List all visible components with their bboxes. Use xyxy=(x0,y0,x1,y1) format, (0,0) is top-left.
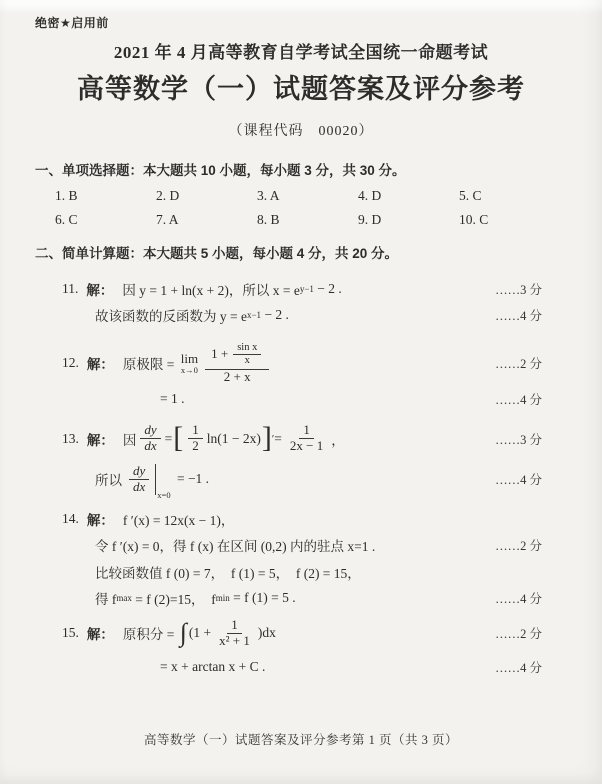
answer-5: 5. C xyxy=(459,187,560,204)
q13-because-text: 因 xyxy=(123,429,137,449)
q15-integrand-open: (1 + xyxy=(189,625,211,641)
paper-title: 高等数学（一）试题答案及评分参考 xyxy=(0,71,602,107)
answer-2: 2. D xyxy=(156,187,257,204)
answer-6: 6. C xyxy=(55,211,156,228)
q11-line1-tail: − 2 . xyxy=(314,281,342,297)
fraction-one-half: 1 2 xyxy=(188,423,203,454)
choice-answers-row1: 1. B 2. D 3. A 4. D 5. C xyxy=(55,187,602,204)
q13-score-2: ……4 分 xyxy=(495,470,542,488)
q15-score-1: ……2 分 xyxy=(495,624,542,642)
answer-10: 10. C xyxy=(459,211,560,228)
equals-sign-2: = xyxy=(274,431,282,447)
exam-title: 2021 年 4 月高等教育自学考试全国统一命题考试 xyxy=(0,41,602,65)
q15-line1: 15. 解： 原积分 = ∫ (1 + 1 x² + 1 )dx ……2 分 xyxy=(62,618,542,649)
fraction-one-over-x2plus1: 1 x² + 1 xyxy=(215,618,254,649)
result-denominator: 2x − 1 xyxy=(286,439,327,454)
q14-solve-label: 解： xyxy=(87,509,114,529)
q12-line2: = 1 . ……4 分 xyxy=(160,389,542,409)
q11-line2-text: 故该函数的反函数为 y = e xyxy=(95,305,247,325)
q14-max-min-end: = f (1) = 5 . xyxy=(230,590,296,606)
evaluation-subscript: x=0 xyxy=(157,490,170,500)
answer-3: 3. A xyxy=(257,187,358,204)
limit-operator: lim x→0 xyxy=(181,352,198,375)
q13-result: = −1 . xyxy=(174,471,209,487)
equals-sign: = xyxy=(165,431,173,447)
q14-number: 14. xyxy=(62,511,79,527)
q15-result: = x + arctan x + C . xyxy=(160,659,265,675)
q14-line4: 得 fmax = f (2)=15， fmin = f (1) = 5 . ……… xyxy=(95,588,542,608)
q13-number: 13. xyxy=(62,431,79,447)
main-fraction-denominator: 2 + x xyxy=(220,370,255,385)
q14-line2: 令 f ′(x) = 0，得 f (x) 在区间 (0,2) 内的驻点 x=1 … xyxy=(95,535,542,555)
q14-score-2: ……4 分 xyxy=(495,589,542,607)
q11-line1: 11. 解： 因 y = 1 + ln(x + 2)，所以 x = ey−1 −… xyxy=(62,279,542,299)
choice-answers-row2: 6. C 7. A 8. B 9. D 10. C xyxy=(55,211,602,228)
q15-number: 15. xyxy=(62,625,79,641)
q14-derivative: f ′(x) = 12x(x − 1)， xyxy=(123,509,235,529)
fraction-dy-dx: dy dx xyxy=(140,423,160,454)
answer-1: 1. B xyxy=(55,187,156,204)
right-bracket: ] xyxy=(262,424,272,451)
q13-so-text: 所以 xyxy=(95,469,122,489)
q12-limit-text: 原极限 = xyxy=(123,353,178,373)
q12-line1: 12. 解： 原极限 = lim x→0 1 + sin x x 2 + x …… xyxy=(62,341,542,385)
q14-line1: 14. 解： f ′(x) = 12x(x − 1)， xyxy=(62,509,542,529)
result-numerator: 1 xyxy=(299,423,314,439)
q14-max-min-mid: = f (2)=15， f xyxy=(132,588,216,608)
fraction-dy-dx-2: dy dx xyxy=(129,464,149,495)
inner-fraction-sinx-over-x: sin x x xyxy=(233,342,261,367)
derivative-evaluated-at-zero: dy dx x=0 xyxy=(125,464,171,495)
dy-2: dy xyxy=(129,464,149,480)
q11-line2-tail: − 2 . xyxy=(261,307,289,323)
inner-numerator: sin x xyxy=(233,342,261,355)
q13-solve-label: 解： xyxy=(87,429,114,449)
q11-number: 11. xyxy=(62,281,78,297)
classification-label: 绝密★启用前 xyxy=(35,14,602,31)
evaluation-bar xyxy=(155,464,156,495)
answer-sheet-page: 绝密★启用前 2021 年 4 月高等教育自学考试全国统一命题考试 高等数学（一… xyxy=(0,0,602,784)
limit-subscript: x→0 xyxy=(181,366,198,375)
q14-max-min-pre: 得 f xyxy=(95,588,116,608)
dy: dy xyxy=(140,423,160,439)
comma: ， xyxy=(331,429,345,449)
q12-solve-label: 解： xyxy=(87,353,114,373)
q12-number: 12. xyxy=(62,355,79,371)
main-fraction: 1 + sin x x 2 + x xyxy=(205,341,269,385)
course-code: （课程代码 00020） xyxy=(0,123,602,141)
q15-integrand-close: )dx xyxy=(258,625,276,641)
q12-result: = 1 . xyxy=(160,391,185,407)
section1-heading: 一、单项选择题：本大题共 10 小题，每小题 3 分，共 30 分。 xyxy=(35,161,602,180)
q15-score-2: ……4 分 xyxy=(495,658,542,676)
left-bracket: [ xyxy=(173,424,183,451)
answer-8: 8. B xyxy=(257,211,358,228)
q11-solve-label: 解： xyxy=(86,279,113,299)
q11-line2: 故该函数的反函数为 y = ex−1 − 2 . ……4 分 xyxy=(95,305,542,325)
q15-solve-label: 解： xyxy=(87,623,114,643)
answer-4: 4. D xyxy=(358,187,459,204)
q13-line2: 所以 dy dx x=0 = −1 . ……4 分 xyxy=(95,464,542,495)
section2-heading: 二、简单计算题：本大题共 5 小题，每小题 4 分，共 20 分。 xyxy=(35,244,602,263)
q14-stationary-point: 令 f ′(x) = 0，得 f (x) 在区间 (0,2) 内的驻点 x=1 … xyxy=(95,535,375,555)
q11-score-2: ……4 分 xyxy=(495,306,542,324)
q15-frac-numerator: 1 xyxy=(227,618,242,634)
q11-line1-text: 因 y = 1 + ln(x + 2)，所以 x = e xyxy=(122,279,299,299)
numerator-text: 1 + xyxy=(211,347,228,362)
fraction-result: 1 2x − 1 xyxy=(286,423,327,454)
answer-7: 7. A xyxy=(156,211,257,228)
integral-sign: ∫ xyxy=(180,621,187,644)
inner-denominator: x xyxy=(241,355,254,367)
q15-line2: = x + arctan x + C . ……4 分 xyxy=(160,657,542,677)
q14-compare-values: 比较函数值 f (0) = 7， f (1) = 5， f (2) = 15， xyxy=(95,562,361,582)
half-numerator: 1 xyxy=(188,423,203,439)
dx-2: dx xyxy=(129,480,149,495)
q13-score-1: ……3 分 xyxy=(495,430,542,448)
q12-score-2: ……4 分 xyxy=(495,390,542,408)
q13-line1: 13. 解： 因 dy dx = [ 1 2 ln(1 − 2x) ]′ = 1… xyxy=(62,423,542,454)
q11-score-1: ……3 分 xyxy=(495,280,542,298)
dx: dx xyxy=(140,439,160,454)
q12-score-1: ……2 分 xyxy=(495,354,542,372)
half-denominator: 2 xyxy=(188,439,203,454)
q13-ln-expression: ln(1 − 2x) xyxy=(207,431,261,447)
q15-frac-denominator: x² + 1 xyxy=(215,634,254,649)
main-fraction-numerator: 1 + sin x x xyxy=(205,341,269,370)
answer-9: 9. D xyxy=(358,211,459,228)
page-footer: 高等数学（一）试题答案及评分参考第 1 页（共 3 页） xyxy=(0,730,602,748)
q14-score-1: ……2 分 xyxy=(495,536,542,554)
limit-word: lim xyxy=(181,352,198,365)
q14-line3: 比较函数值 f (0) = 7， f (1) = 5， f (2) = 15， xyxy=(95,562,542,582)
q15-integral-text: 原积分 = xyxy=(123,623,178,643)
